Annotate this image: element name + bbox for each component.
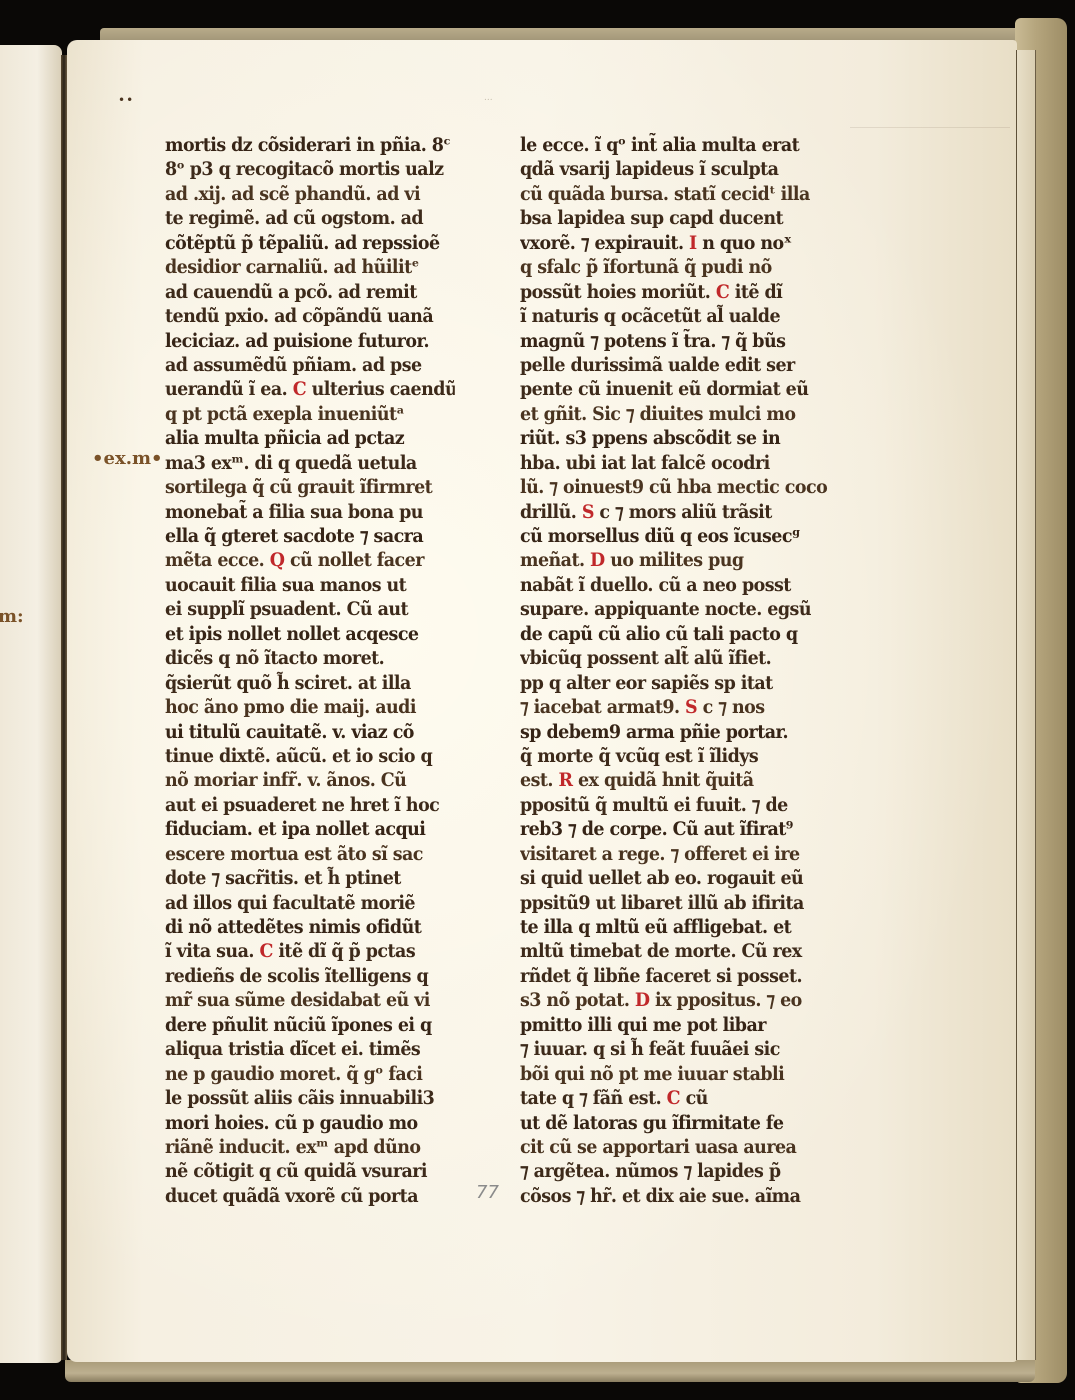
text-line: ad cauendũ a pcõ. ad remit <box>165 280 455 304</box>
page-edges <box>1016 50 1036 1360</box>
text-line: 8ᵒ p3 q recogitacõ mortis ualz <box>165 157 455 181</box>
text-line: supare. appiquante nocte. egsũ <box>520 597 828 621</box>
text-line: tinue dixtẽ. aũcũ. et io scio q <box>165 744 455 768</box>
text-line: vbicũq possent alt̃ alũ ĩfiet. <box>520 646 828 670</box>
folio-number: 77 <box>476 1182 499 1203</box>
text-line: ĩ naturis q ocãcetũt al̃ ualde <box>520 304 828 328</box>
text-line: nẽ cõtigit q cũ quidã vsurari <box>165 1159 455 1183</box>
text-line: ma3 exᵐ. di q quedã uetula <box>165 451 455 475</box>
text-line: ei supplĩ psuadent. Cũ aut <box>165 597 455 621</box>
text-line: ⁊ iuuar. q si h̃ feãt fuuãei sic <box>520 1037 828 1061</box>
text-line: drillũ. S c ⁊ mors aliũ trãsit <box>520 500 828 524</box>
text-line: redieñs de scolis ĩtelligens q <box>165 964 455 988</box>
binding-cover-bottom <box>65 1360 1035 1382</box>
faint-top-mark: ... <box>484 93 493 103</box>
rubricated-initial: S <box>685 696 697 718</box>
text-line: bõi qui nõ pt me iuuar stabli <box>520 1062 828 1086</box>
text-line: nabãt ĩ duello. cũ a neo posst <box>520 573 828 597</box>
rubricated-initial: R <box>558 769 572 791</box>
text-column-right: le ecce. ĩ qᵒ int̃ alia multa eratqdã vs… <box>520 133 855 1208</box>
text-line: dicẽs q nõ ĩtacto moret. <box>165 646 455 670</box>
text-line: q̃ morte q̃ vcũq est ĩ ĩlidys <box>520 744 828 768</box>
text-line: le ecce. ĩ qᵒ int̃ alia multa erat <box>520 133 828 157</box>
text-line: visitaret a rege. ⁊ offeret ei ire <box>520 842 828 866</box>
rubricated-initial: C <box>667 1087 680 1109</box>
text-line: uerandũ ĩ ea. C ulterius caendũ <box>165 377 455 401</box>
text-line: vxorẽ. ⁊ expirauit. I n quo noˣ <box>520 231 828 255</box>
rubricated-initial: C <box>259 940 272 962</box>
text-line: mori hoies. cũ p gaudio mo <box>165 1111 455 1135</box>
text-line: leciciaz. ad puisione futuror. <box>165 329 455 353</box>
rubricated-initial: S <box>582 501 594 523</box>
text-line: dere pñulit nũciũ ĩpones ei q <box>165 1013 455 1037</box>
text-line: mortis dz cõsiderari in pñia. 8ᶜ <box>165 133 455 157</box>
text-line: et gñit. Sic ⁊ diuites mulci mo <box>520 402 828 426</box>
text-line: cit cũ se apportari uasa aurea <box>520 1135 828 1159</box>
text-line: monebat̃ a filia sua bona pu <box>165 500 455 524</box>
facing-page-annotation: m: <box>0 606 24 627</box>
text-line: tate q ⁊ fãñ est. C cũ <box>520 1086 828 1110</box>
text-line: mẽta ecce. Q cũ nollet facer <box>165 548 455 572</box>
text-line: sp debem9 arma pñie portar. <box>520 720 828 744</box>
text-line: est. R ex quidã hnit q̃uitã <box>520 768 828 792</box>
text-line: ad illos qui facultatẽ moriẽ <box>165 891 455 915</box>
text-line: s3 nõ potat. D ix ppositus. ⁊ eo <box>520 988 828 1012</box>
text-line: ducet quãdã vxorẽ cũ porta <box>165 1184 455 1208</box>
rubricated-initial: C <box>716 281 729 303</box>
text-line: riũt. s3 ppens abscõdit se in <box>520 426 828 450</box>
text-line: fiduciam. et ipa nollet acqui <box>165 817 455 841</box>
rubricated-initial: I <box>689 232 697 254</box>
rubricated-initial: D <box>635 989 650 1011</box>
text-line: q̃sierũt quõ h̃ sciret. at illa <box>165 671 455 695</box>
text-line: escere mortua est ãto sĩ sac <box>165 842 455 866</box>
text-line: ⁊ argẽtea. nũmos ⁊ lapides p̃ <box>520 1159 828 1183</box>
text-line: lũ. ⁊ oinuest9 cũ hba mectic coco <box>520 475 828 499</box>
text-line: te regimẽ. ad cũ ogstom. ad <box>165 206 455 230</box>
text-line: magnũ ⁊ potens ĩ t̃ra. ⁊ q̃ bũs <box>520 329 828 353</box>
text-column-left: mortis dz cõsiderari in pñia. 8ᶜ8ᵒ p3 q … <box>165 133 480 1208</box>
text-line: ppositũ q̃ multũ ei fuuit. ⁊ de <box>520 793 828 817</box>
text-line: uocauit filia sua manos ut <box>165 573 455 597</box>
text-line: ne p gaudio moret. q̃ gᵒ faci <box>165 1062 455 1086</box>
text-line: pelle durissimã ualde edit ser <box>520 353 828 377</box>
margin-annotation: •ex.m• <box>92 448 163 469</box>
text-line: nõ moriar infr̃. v. ãnos. Cũ <box>165 768 455 792</box>
text-line: riãnẽ inducit. exᵐ apd dũno <box>165 1135 455 1159</box>
text-line: bsa lapidea sup capd ducent <box>520 206 828 230</box>
text-line: cũ morsellus diũ q eos ĩcusecᵍ <box>520 524 828 548</box>
text-line: ut dẽ latoras gu ĩfirmitate fe <box>520 1111 828 1135</box>
text-line: pente cũ inuenit eũ dormiat eũ <box>520 377 828 401</box>
text-line: sortilega q̃ cũ grauit ĩfirmret <box>165 475 455 499</box>
text-line: possũt hoies moriũt. C itẽ dĩ <box>520 280 828 304</box>
text-line: hba. ubi iat lat falcẽ ocodri <box>520 451 828 475</box>
text-line: ad .xij. ad scẽ phandũ. ad vi <box>165 182 455 206</box>
text-line: q sfalc p̃ ĩfortunã q̃ pudi nõ <box>520 255 828 279</box>
text-line: pmitto illi qui me pot libar <box>520 1013 828 1037</box>
rubricated-initial: D <box>590 549 605 571</box>
text-line: cõtẽptũ p̃ tẽpaliũ. ad repssioẽ <box>165 231 455 255</box>
text-line: pp q alter eor sapiẽs sp itat <box>520 671 828 695</box>
rubricated-initial: C <box>293 378 306 400</box>
text-line: ⁊ iacebat armat9. S c ⁊ nos <box>520 695 828 719</box>
text-line: ĩ vita sua. C itẽ dĩ q̃ p̃ pctas <box>165 939 455 963</box>
text-line: de capũ cũ alio cũ tali pacto q <box>520 622 828 646</box>
text-line: ella q̃ gteret sacdote ⁊ sacra <box>165 524 455 548</box>
text-line: ui titulũ cauitatẽ. v. viaz cõ <box>165 720 455 744</box>
text-line: cõsos ⁊ hr̃. et dix aie sue. aĩma <box>520 1184 828 1208</box>
text-line: q pt pctã exepla inueniũtᵃ <box>165 402 455 426</box>
text-line: meñat. D uo milites pug <box>520 548 828 572</box>
text-line: si quid uellet ab eo. rogauit eũ <box>520 866 828 890</box>
text-line: rñdet q̃ libñe faceret si posset. <box>520 964 828 988</box>
text-line: reb3 ⁊ de corpe. Cũ aut ĩfirat⁹ <box>520 817 828 841</box>
text-line: desidior carnaliũ. ad hũilitᵉ <box>165 255 455 279</box>
text-line: qdã vsarij lapideus ĩ sculpta <box>520 157 828 181</box>
text-line: ppsitũ9 ut libaret illũ ab ifirita <box>520 891 828 915</box>
ruling-line <box>850 127 1010 128</box>
rubricated-initial: Q <box>270 549 285 571</box>
text-line: le possũt aliis cãis innuabili3 <box>165 1086 455 1110</box>
text-line: di nõ attedẽtes nimis ofidũt <box>165 915 455 939</box>
text-line: ad assumẽdũ pñiam. ad pse <box>165 353 455 377</box>
text-line: dote ⁊ sacr̃itis. et h̃ ptinet <box>165 866 455 890</box>
text-line: tendũ pxio. ad cõpãndũ uanã <box>165 304 455 328</box>
facing-left-page <box>0 45 62 1363</box>
text-line: aut ei psuaderet ne hret ĩ hoc <box>165 793 455 817</box>
text-line: et ipis nollet nollet acqesce <box>165 622 455 646</box>
text-line: cũ quãda bursa. statĩ cecidᵗ illa <box>520 182 828 206</box>
text-line: hoc ãno pmo die maij. audi <box>165 695 455 719</box>
text-line: mr̃ sua sũme desidabat eũ vi <box>165 988 455 1012</box>
text-line: mltũ timebat de morte. Cũ rex <box>520 939 828 963</box>
text-line: alia multa pñicia ad pctaz <box>165 426 455 450</box>
text-line: te illa q mltũ eũ affligebat. et <box>520 915 828 939</box>
prick-marks: •• <box>118 93 134 107</box>
text-line: aliqua tristia dĩcet ei. timẽs <box>165 1037 455 1061</box>
